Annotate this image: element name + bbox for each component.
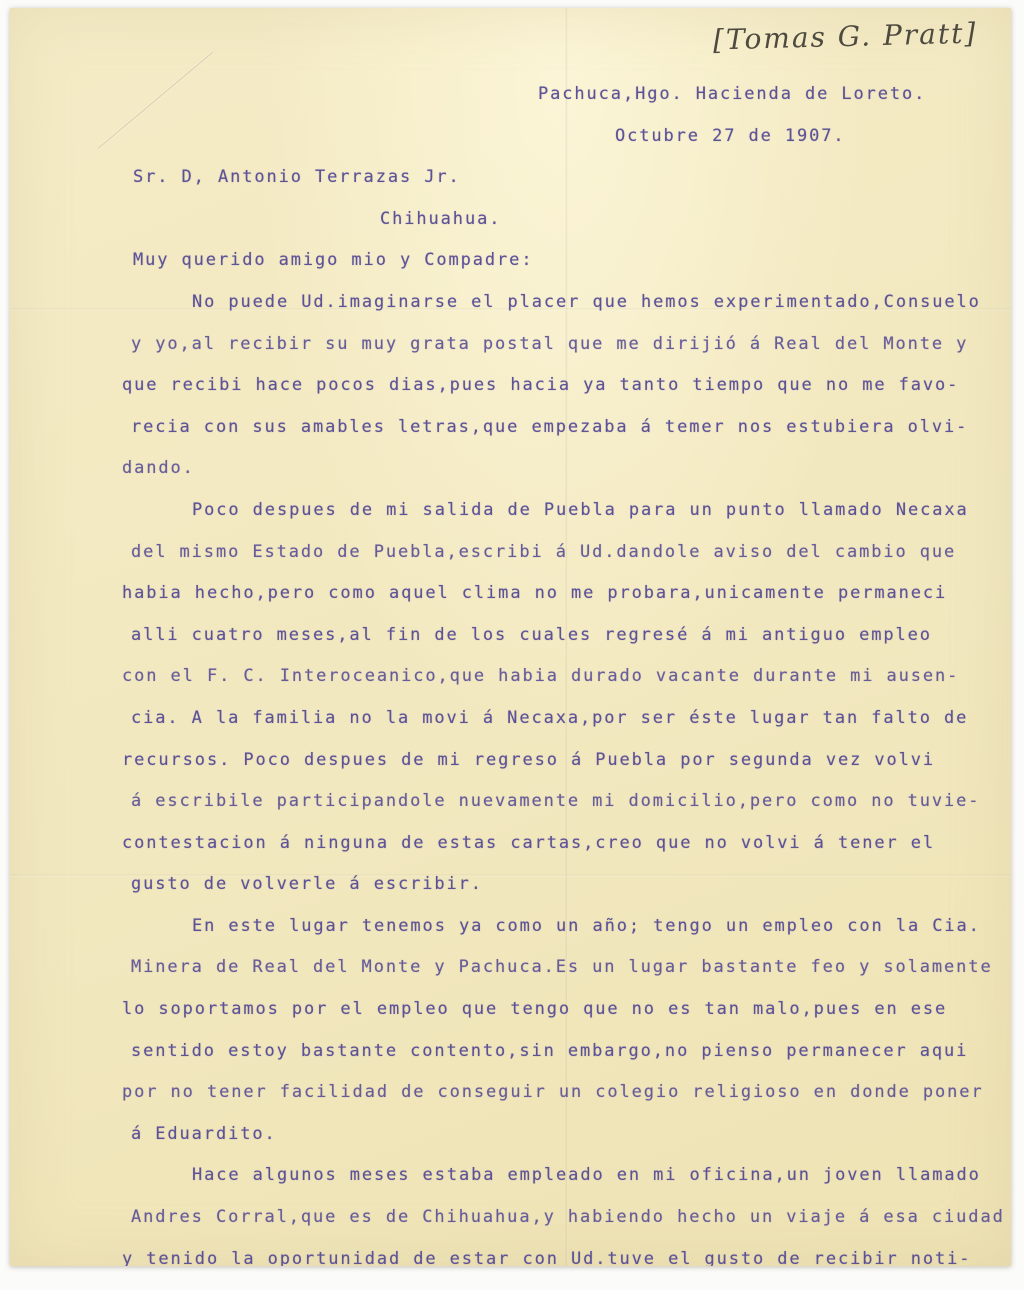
letter-line: á escribile participandole nuevamente mi… bbox=[131, 781, 1011, 823]
letter-line: habia hecho,pero como aquel clima no me … bbox=[122, 573, 1011, 615]
letter-line: contestacion á ninguna de estas cartas,c… bbox=[122, 823, 1011, 865]
letter-line: alli cuatro meses,al fin de los cuales r… bbox=[131, 615, 1011, 657]
place-line: Pachuca,Hgo. Hacienda de Loreto. bbox=[10, 74, 1011, 116]
letter-line: con el F. C. Interoceanico,que habia dur… bbox=[122, 656, 1011, 698]
letter-line: En este lugar tenemos ya como un año; te… bbox=[122, 906, 1011, 948]
letter-paragraph-3: En este lugar tenemos ya como un año; te… bbox=[122, 906, 1011, 1156]
letter-line: y yo,al recibir su muy grata postal que … bbox=[131, 324, 1011, 366]
typewritten-letter: Pachuca,Hgo. Hacienda de Loreto. Octubre… bbox=[10, 8, 1011, 1266]
date-line: Octubre 27 de 1907. bbox=[10, 116, 1011, 158]
letter-line: gusto de volverle á escribir. bbox=[131, 864, 1011, 906]
letter-line: Hace algunos meses estaba empleado en mi… bbox=[122, 1155, 1011, 1197]
letter-line: recia con sus amables letras,que empezab… bbox=[131, 407, 1011, 449]
salutation-line: Muy querido amigo mio y Compadre: bbox=[10, 240, 1011, 282]
letter-line: Minera de Real del Monte y Pachuca.Es un… bbox=[131, 947, 1011, 989]
recipient-line: Sr. D, Antonio Terrazas Jr. bbox=[10, 157, 1011, 199]
letter-line: del mismo Estado de Puebla,escribi á Ud.… bbox=[131, 532, 1011, 574]
letter-line: Poco despues de mi salida de Puebla para… bbox=[122, 490, 1011, 532]
letter-line: que recibi hace pocos dias,pues hacia ya… bbox=[122, 365, 1011, 407]
letter-line: y tenido la oportunidad de estar con Ud.… bbox=[122, 1239, 1011, 1266]
letter-line: sentido estoy bastante contento,sin emba… bbox=[131, 1031, 1011, 1073]
letter-paragraph-4: Hace algunos meses estaba empleado en mi… bbox=[122, 1155, 1011, 1266]
letter-line: á Eduardito. bbox=[131, 1114, 1011, 1156]
recipient-city-line: Chihuahua. bbox=[10, 199, 1011, 241]
letter-line: recursos. Poco despues de mi regreso á P… bbox=[122, 740, 1011, 782]
letter-line: No puede Ud.imaginarse el placer que hem… bbox=[122, 282, 1011, 324]
scanned-letter-page: { "annotation": "[Tomas G. Pratt]", "hea… bbox=[0, 0, 1024, 1290]
letter-paper: [Tomas G. Pratt] Pachuca,Hgo. Hacienda d… bbox=[10, 8, 1011, 1266]
letter-paragraph-1: No puede Ud.imaginarse el placer que hem… bbox=[122, 282, 1011, 490]
letter-line: Andres Corral,que es de Chihuahua,y habi… bbox=[131, 1197, 1011, 1239]
letter-line: cia. A la familia no la movi á Necaxa,po… bbox=[131, 698, 1011, 740]
letter-paragraph-2: Poco despues de mi salida de Puebla para… bbox=[122, 490, 1011, 906]
letter-line: por no tener facilidad de conseguir un c… bbox=[122, 1072, 1011, 1114]
letter-line: dando. bbox=[122, 448, 1011, 490]
letter-line: lo soportamos por el empleo que tengo qu… bbox=[122, 989, 1011, 1031]
